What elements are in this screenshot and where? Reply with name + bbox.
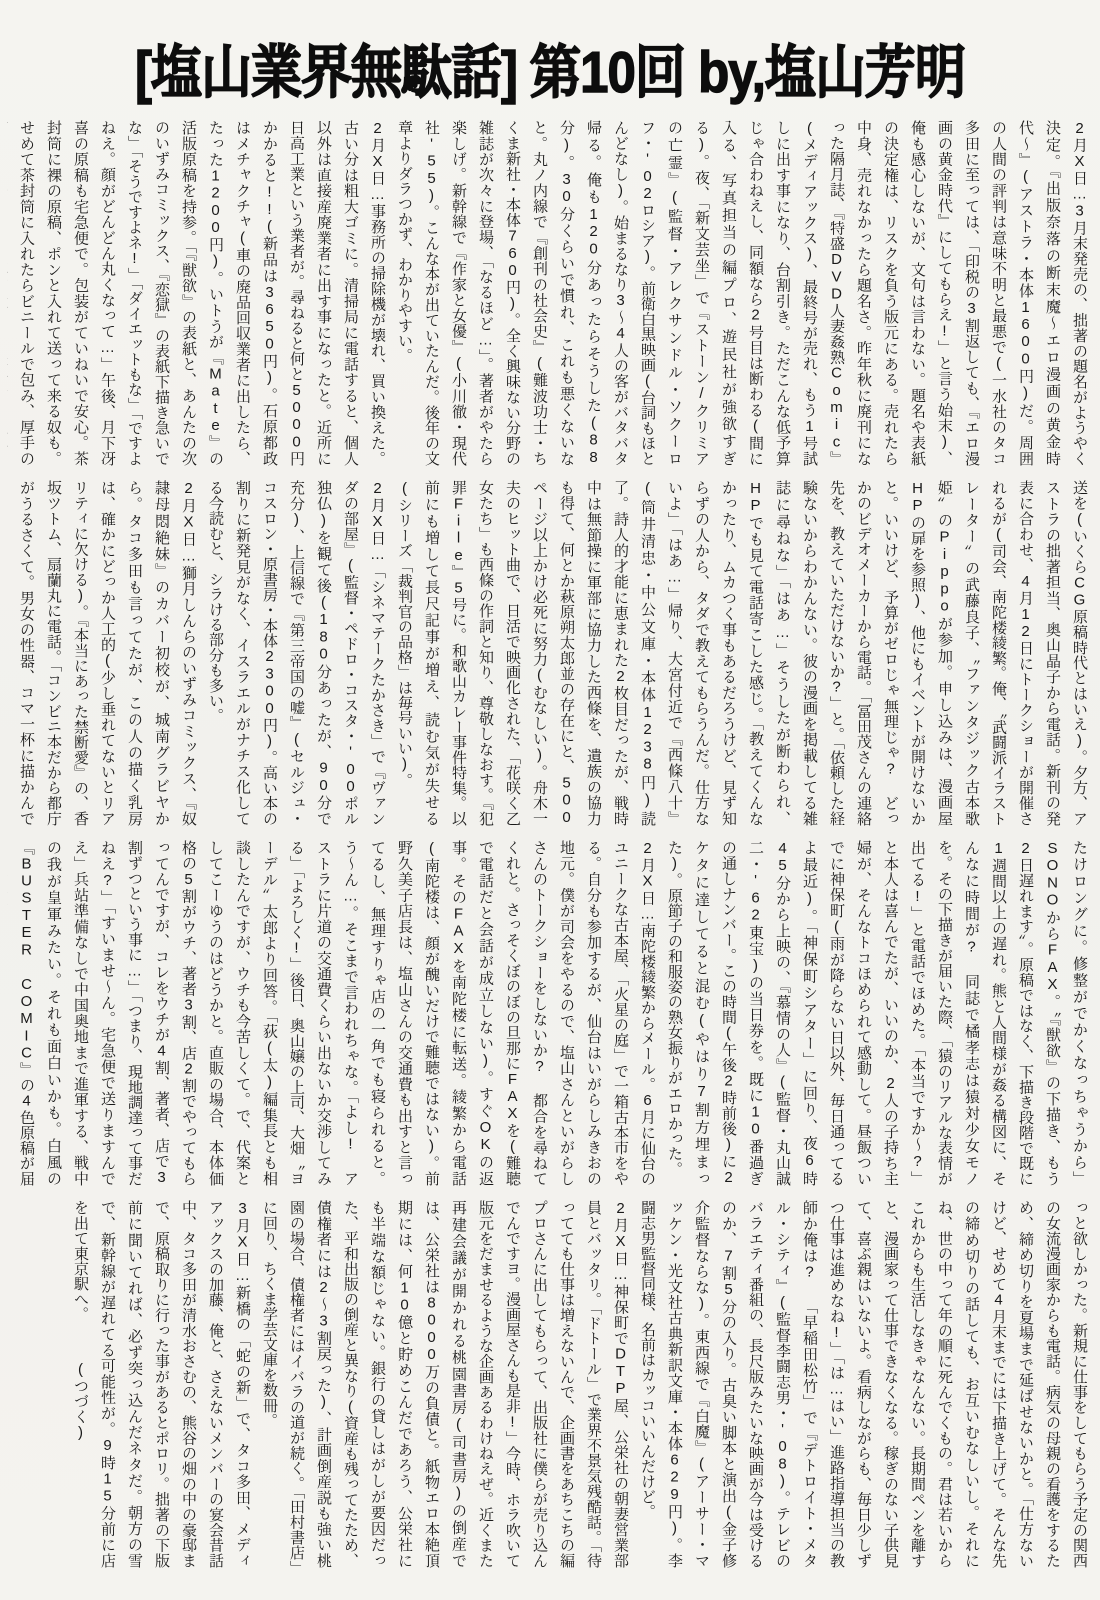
text-band-3: たけロングに。修整がでかくなっちゃうから」SONOからFAX。〝『獣欲』の下描き…	[7, 840, 1093, 1186]
diary-entry-text: 3月X日…新橋の「蛇の新」で、タコ多田、メディアックスの加藤、俺と、さえないメン…	[72, 1200, 251, 1568]
diary-entry: 2月X日…南陀楼綾繁からメール。6月に仙台のユニークな古本屋、「火星の庭」で一箱…	[7, 840, 661, 1186]
diary-entry: 2月X日…事務所の掃除機が壊れ、買い換えた。古い分は粗大ゴミに。清掃局に電話する…	[7, 120, 391, 466]
diary-entry: 3月X日…新橋の「蛇の新」で、タコ多田、メディアックスの加藤、俺と、さえないメン…	[67, 1200, 256, 1568]
text-band-4: っと欲しかった。新規に仕事をしてもらう予定の関西の女流漫画家からも電話。病気の母…	[7, 1200, 1093, 1568]
text-band-1: 2月X日…3月末発売の、拙著の題名がようやく決定。『出版奈落の断末魔〜エロ漫画の…	[7, 120, 1093, 466]
diary-entry: 2月X日…「シネマテークたかさき」で『ヴァンダの部屋』(監督・ペドロ・コスタ・'…	[202, 480, 391, 826]
diary-entry: 送を(いくらCG原稿時代とはいえ)。夕方、アストラの拙著担当、奥山晶子から電話。…	[391, 480, 1093, 826]
diary-entry: っと欲しかった。新規に仕事をしてもらう予定の関西の女流漫画家からも電話。病気の母…	[634, 1200, 1093, 1568]
magazine-page: [塩山業界無駄話] 第10回 by,塩山芳明 2月X日…3月末発売の、拙著の題名…	[0, 0, 1100, 1600]
diary-entry: たけロングに。修整がでかくなっちゃうから」SONOからFAX。〝『獣欲』の下描き…	[661, 840, 1093, 1186]
text-band-2: 送を(いくらCG原稿時代とはいえ)。夕方、アストラの拙著担当、奥山晶子から電話。…	[7, 480, 1093, 826]
page-title: [塩山業界無駄話] 第10回 by,塩山芳明	[20, 26, 1080, 109]
diary-entry: 2月X日…神保町でDTP屋、公栄社の朝妻営業部員とバッタリ。「ドトール」で業界不…	[256, 1200, 634, 1568]
continued-mark: (つづく)	[72, 1361, 89, 1441]
diary-entry: 2月X日…獅月しんらのいずみコミックス、『奴隷母悶絶妹』のカバー初校が、城南グラ…	[7, 480, 202, 826]
diary-entry: 2月X日…3月末発売の、拙著の題名がようやく決定。『出版奈落の断末魔〜エロ漫画の…	[391, 120, 1093, 466]
